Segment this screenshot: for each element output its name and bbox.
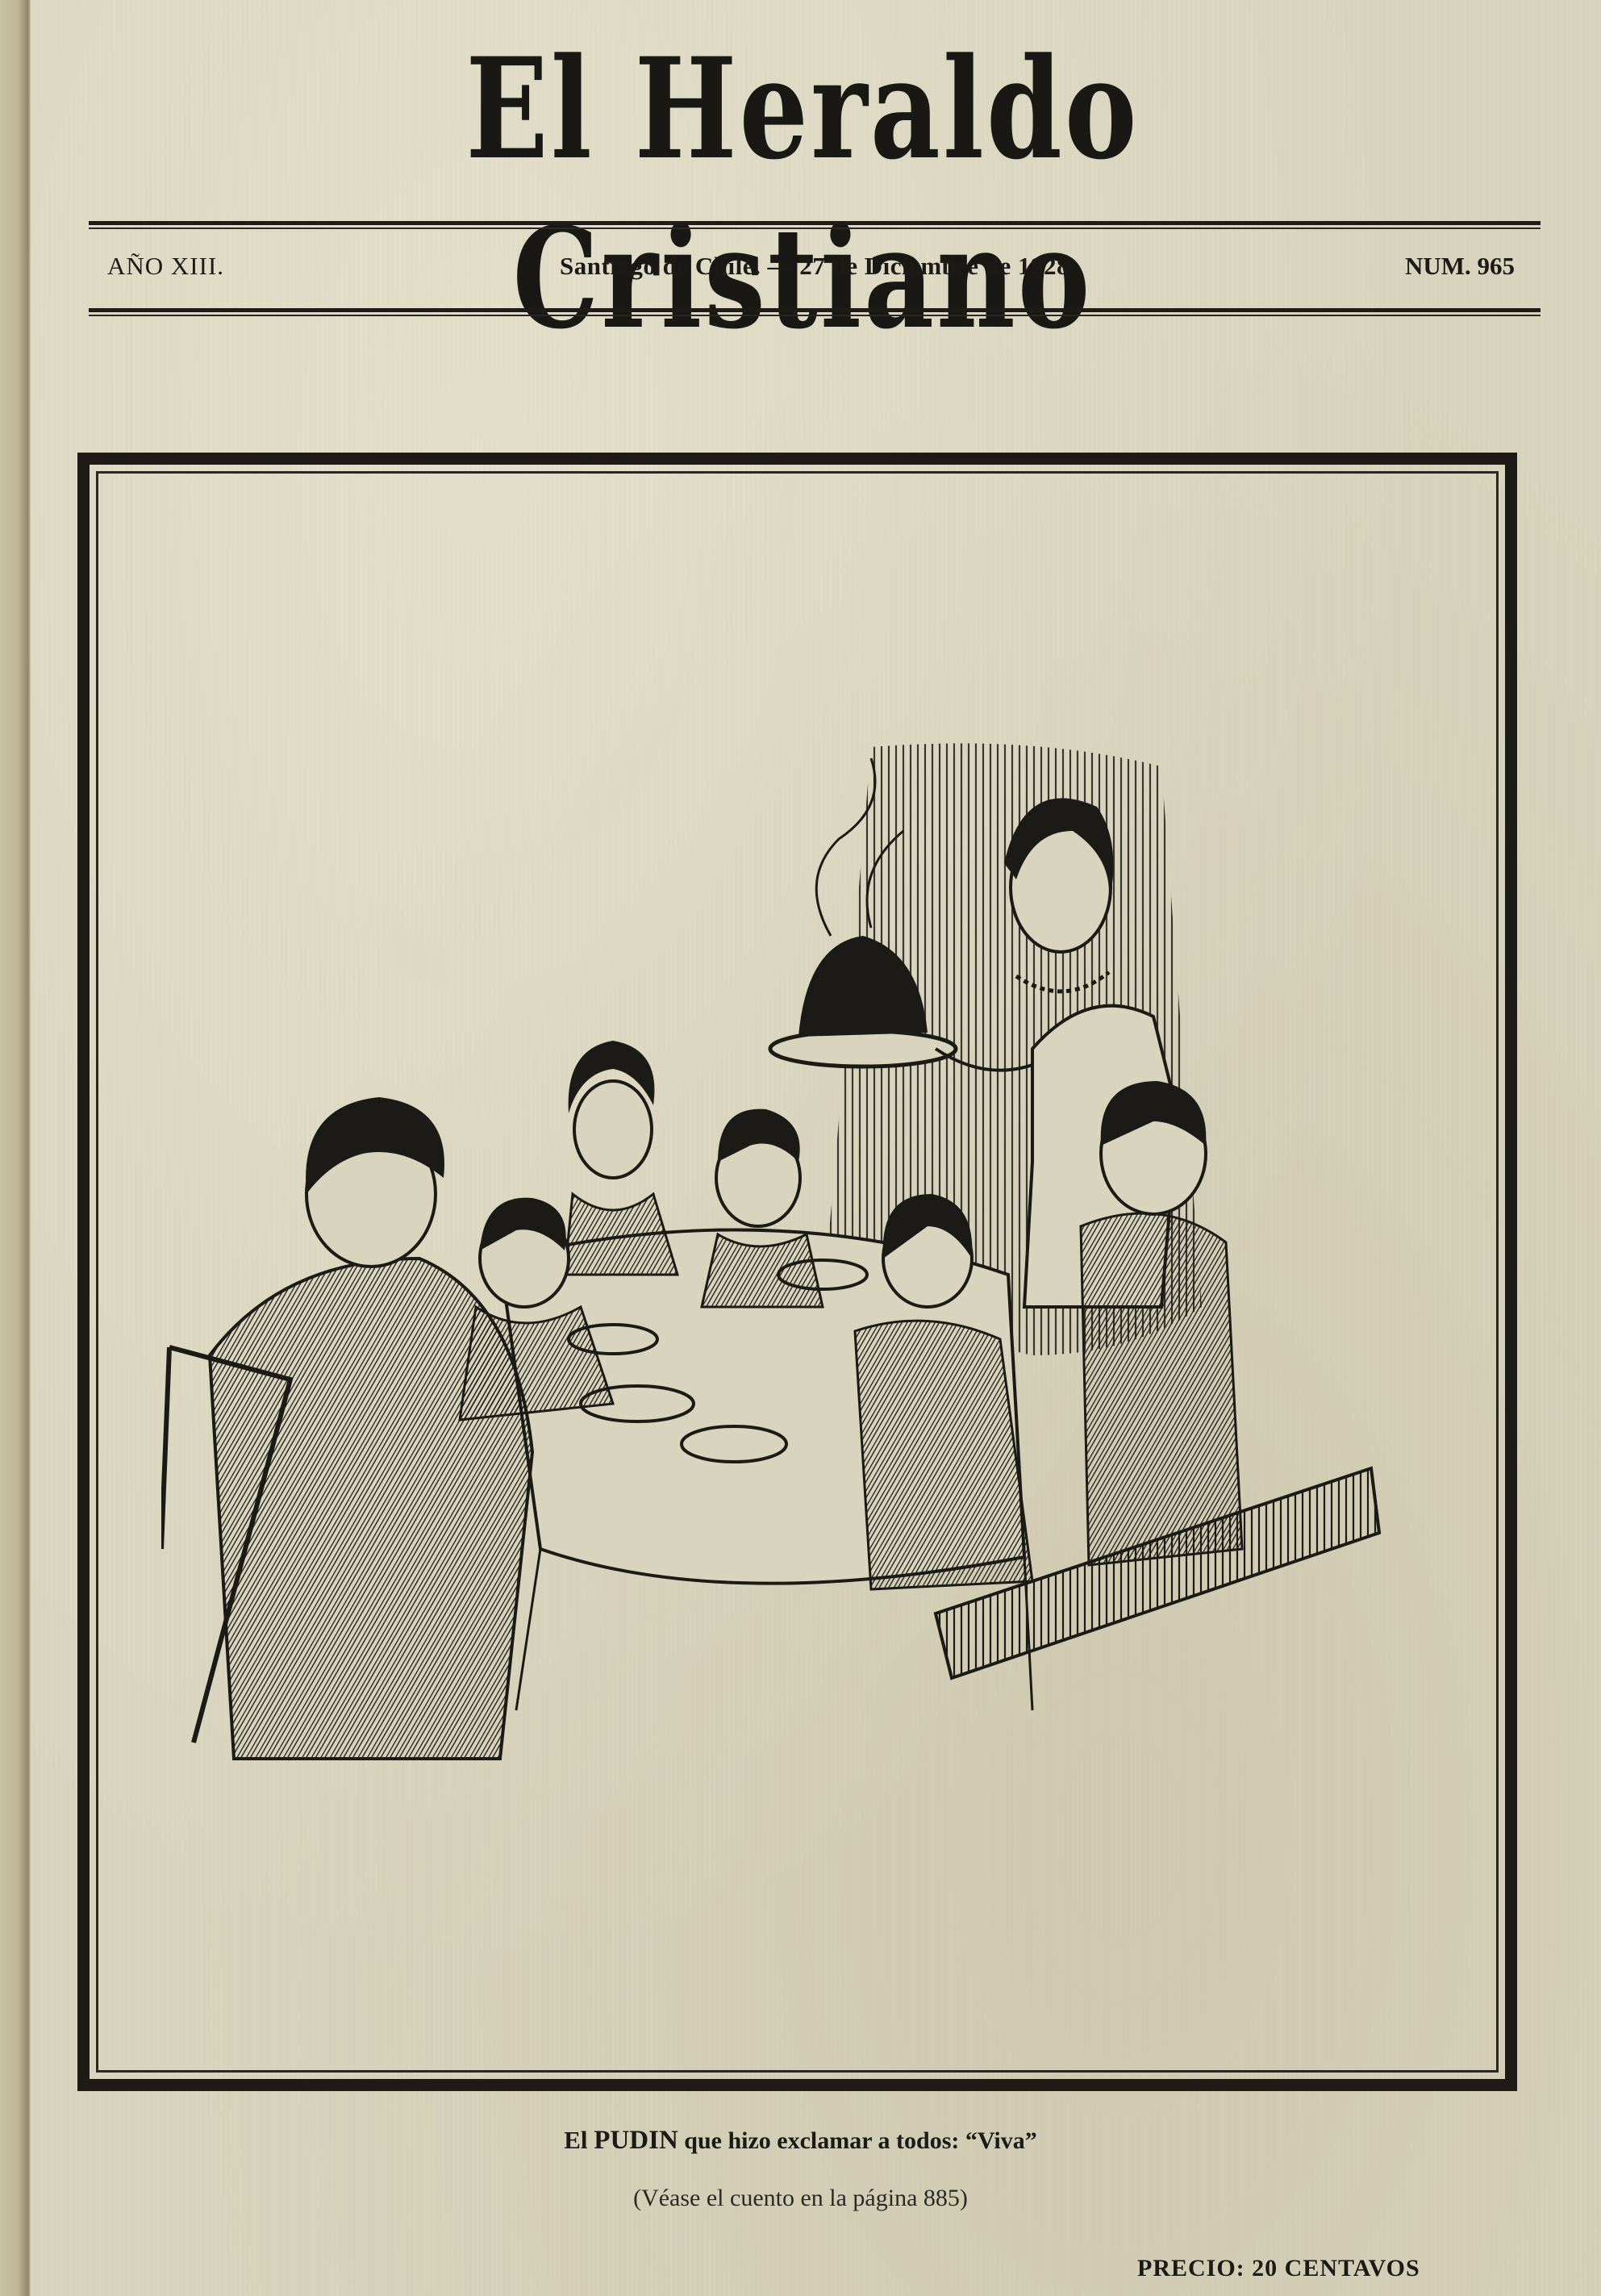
- header-rule-bottom: [89, 308, 1541, 312]
- header-rule-top: [89, 221, 1541, 225]
- price-label: PRECIO: 20 CENTAVOS: [1137, 2255, 1420, 2282]
- header-rule-bottom-thin: [89, 315, 1541, 316]
- caption-prefix: El: [564, 2126, 594, 2154]
- seated-man-figure: [161, 1097, 532, 1759]
- seated-woman-figure: [565, 1041, 678, 1275]
- caption-emphasis: PUDIN: [594, 2126, 678, 2155]
- binding-edge: [0, 0, 31, 2296]
- cover-caption: El PUDIN que hizo exclamar a todos: “Viv…: [0, 2126, 1601, 2156]
- dateline-bar: AÑO XIII. Santiago de Chile. — 27 de Dic…: [107, 248, 1515, 284]
- story-reference: (Véase el cuento en la página 885): [0, 2185, 1601, 2212]
- issue-number: NUM. 965: [1405, 252, 1515, 281]
- family-dinner-illustration: [161, 742, 1387, 1807]
- seated-boy-figure: [702, 1109, 823, 1307]
- year-label: AÑO XIII.: [107, 252, 224, 281]
- seated-young-man-figure: [1081, 1081, 1242, 1565]
- masthead-title: El Heraldo Cristiano: [246, 24, 1360, 194]
- header-rule-top-thin: [89, 228, 1541, 229]
- caption-suffix: que hizo exclamar a todos: “Viva”: [678, 2127, 1037, 2154]
- place-date: Santiago de Chile. — 27 de Diciembre de …: [560, 252, 1069, 281]
